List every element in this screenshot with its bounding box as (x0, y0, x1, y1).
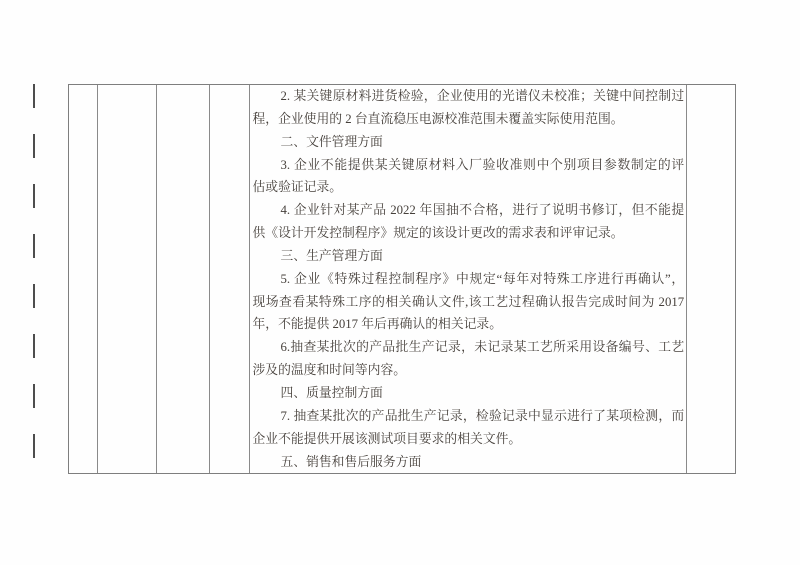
finding-line: 4. 企业针对某产品 2022 年国抽不合格，进行了说明书修订，但不能提 (252, 199, 684, 222)
section-heading: 二、文件管理方面 (252, 131, 684, 154)
cell-empty-4 (210, 85, 251, 473)
cell-findings-text: 2. 某关键原材料进货检验，企业使用的光谱仪未校准；关键中间控制过 程，企业使用… (250, 85, 687, 473)
cell-empty-5 (687, 85, 735, 473)
document-page: 2. 某关键原材料进货检验，企业使用的光谱仪未校准；关键中间控制过 程，企业使用… (0, 0, 800, 565)
finding-line: 涉及的温度和时间等内容。 (252, 359, 684, 382)
left-fold-mark-dashed-line (33, 84, 35, 471)
finding-line: 7. 抽查某批次的产品批生产记录，检验记录中显示进行了某项检测，而 (252, 405, 684, 428)
finding-line: 估或验证记录。 (252, 176, 684, 199)
inspection-findings-table: 2. 某关键原材料进货检验，企业使用的光谱仪未校准；关键中间控制过 程，企业使用… (68, 84, 736, 474)
finding-line: 年，不能提供 2017 年后再确认的相关记录。 (252, 313, 684, 336)
finding-line: 3. 企业不能提供某关键原材料入厂验收准则中个别项目参数制定的评 (252, 154, 684, 177)
finding-line: 2. 某关键原材料进货检验，企业使用的光谱仪未校准；关键中间控制过 (252, 85, 684, 108)
cell-empty-2 (98, 85, 157, 473)
finding-line: 程，企业使用的 2 台直流稳压电源校准范围未覆盖实际使用范围。 (252, 108, 684, 131)
finding-line: 现场查看某特殊工序的相关确认文件,该工艺过程确认报告完成时间为 2017 (252, 291, 684, 314)
finding-line: 6.抽查某批次的产品批生产记录，未记录某工艺所采用设备编号、工艺 (252, 336, 684, 359)
cell-empty-1 (69, 85, 98, 473)
section-heading: 五、销售和售后服务方面 (252, 451, 684, 474)
section-heading: 四、质量控制方面 (252, 382, 684, 405)
finding-line: 5. 企业《特殊过程控制程序》中规定“每年对特殊工序进行再确认”， (252, 268, 684, 291)
section-heading: 三、生产管理方面 (252, 245, 684, 268)
finding-line: 企业不能提供开展该测试项目要求的相关文件。 (252, 428, 684, 451)
cell-empty-3 (157, 85, 210, 473)
finding-line: 供《设计开发控制程序》规定的该设计更改的需求表和评审记录。 (252, 222, 684, 245)
